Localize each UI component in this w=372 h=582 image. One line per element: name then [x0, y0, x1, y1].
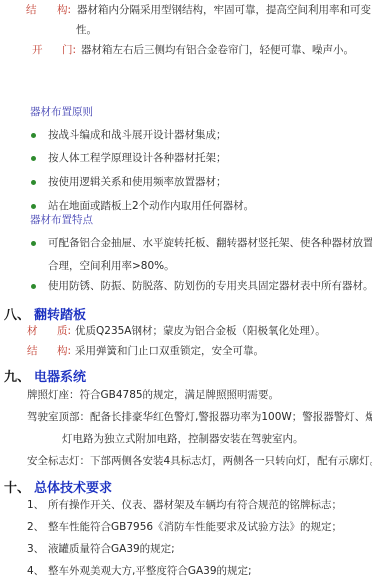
bullet-icon	[31, 180, 36, 185]
cab-roof-text-cont: 灯电路为独立式附加电路，控制器安装在驾驶室内。	[62, 431, 304, 446]
feature-item: 使用防锈、防振、防脱落、防划伤的专用夹具固定器材表中所有器材。	[48, 278, 372, 293]
bullet-icon	[31, 204, 36, 209]
section-10-number: 十、	[4, 477, 30, 496]
material-label: 材	[27, 323, 38, 338]
requirement-number: 1、	[27, 497, 44, 512]
structure-text: 器材箱内分隔采用型钢结构，牢固可靠，提高空间利用率和可变	[77, 2, 371, 17]
principles-title: 器材布置原则	[30, 104, 93, 119]
feature-item-cont: 合理，空间利用率>80%。	[48, 258, 175, 273]
cab-roof-text: 驾驶室顶部：配备长排豪华红色警灯,警报器功率为100W；警报器警灯、爆闪	[27, 409, 372, 424]
principle-item: 按战斗编成和战斗展开设计器材集成；	[48, 127, 227, 142]
section-9-number: 九、	[4, 366, 30, 385]
door-label: 开	[32, 42, 43, 57]
requirement-item: 整车性能符合GB7956《消防车性能要求及试验方法》的规定；	[48, 519, 342, 534]
principle-item: 按使用逻辑关系和使用频率放置器材；	[48, 174, 227, 189]
section-8-title: 翻转踏板	[34, 304, 86, 323]
section-8-number: 八、	[4, 304, 30, 323]
feature-item: 可配备铝合金抽屉、水平旋转托板、翻转器材竖托架、使各种器材放置	[48, 235, 372, 250]
safety-light-text: 安全标志灯：下部两侧各安装4具标志灯，两侧各一只转向灯，配有示廓灯。	[27, 453, 372, 468]
structure2-label-colon: 构:	[57, 343, 71, 358]
requirement-item: 液罐质量符合GA39的规定;	[48, 541, 175, 556]
door-text: 器材箱左右后三侧均有铝合金卷帘门，轻便可靠、噪声小。	[81, 42, 354, 57]
principle-item: 按人体工程学原理设计各种器材托架；	[48, 150, 227, 165]
requirement-number: 2、	[27, 519, 44, 534]
structure-label-colon: 构:	[57, 2, 71, 17]
requirement-item: 整车外观美观大方,平整度符合GA39的规定;	[48, 563, 252, 578]
bullet-icon	[31, 156, 36, 161]
door-label-colon: 门:	[62, 42, 76, 57]
requirement-number: 3、	[27, 541, 44, 556]
bullet-icon	[31, 133, 36, 138]
material-label-colon: 质:	[57, 323, 71, 338]
bullet-icon	[31, 241, 36, 246]
requirement-item: 所有操作开关、仪表、器材架及车辆均有符合规范的铭牌标志；	[48, 497, 342, 512]
license-light-text: 牌照灯座：符合GB4785的规定，满足牌照照明需要。	[27, 387, 279, 402]
features-title: 器材布置特点	[30, 212, 93, 227]
structure-text-cont: 性。	[76, 22, 97, 37]
material-text: 优质Q235A钢材；蒙皮为铝合金板（阳极氧化处理）。	[75, 323, 326, 338]
requirement-number: 4、	[27, 563, 44, 578]
section-9-title: 电器系统	[34, 366, 86, 385]
structure-label: 结	[26, 2, 37, 17]
section-10-title: 总体技术要求	[34, 477, 112, 496]
structure2-text: 采用弹簧和门止口双重锁定，安全可靠。	[75, 343, 264, 358]
principle-item: 站在地面或踏板上2个动作内取用任何器材。	[48, 198, 254, 213]
bullet-icon	[31, 284, 36, 289]
structure2-label: 结	[27, 343, 38, 358]
